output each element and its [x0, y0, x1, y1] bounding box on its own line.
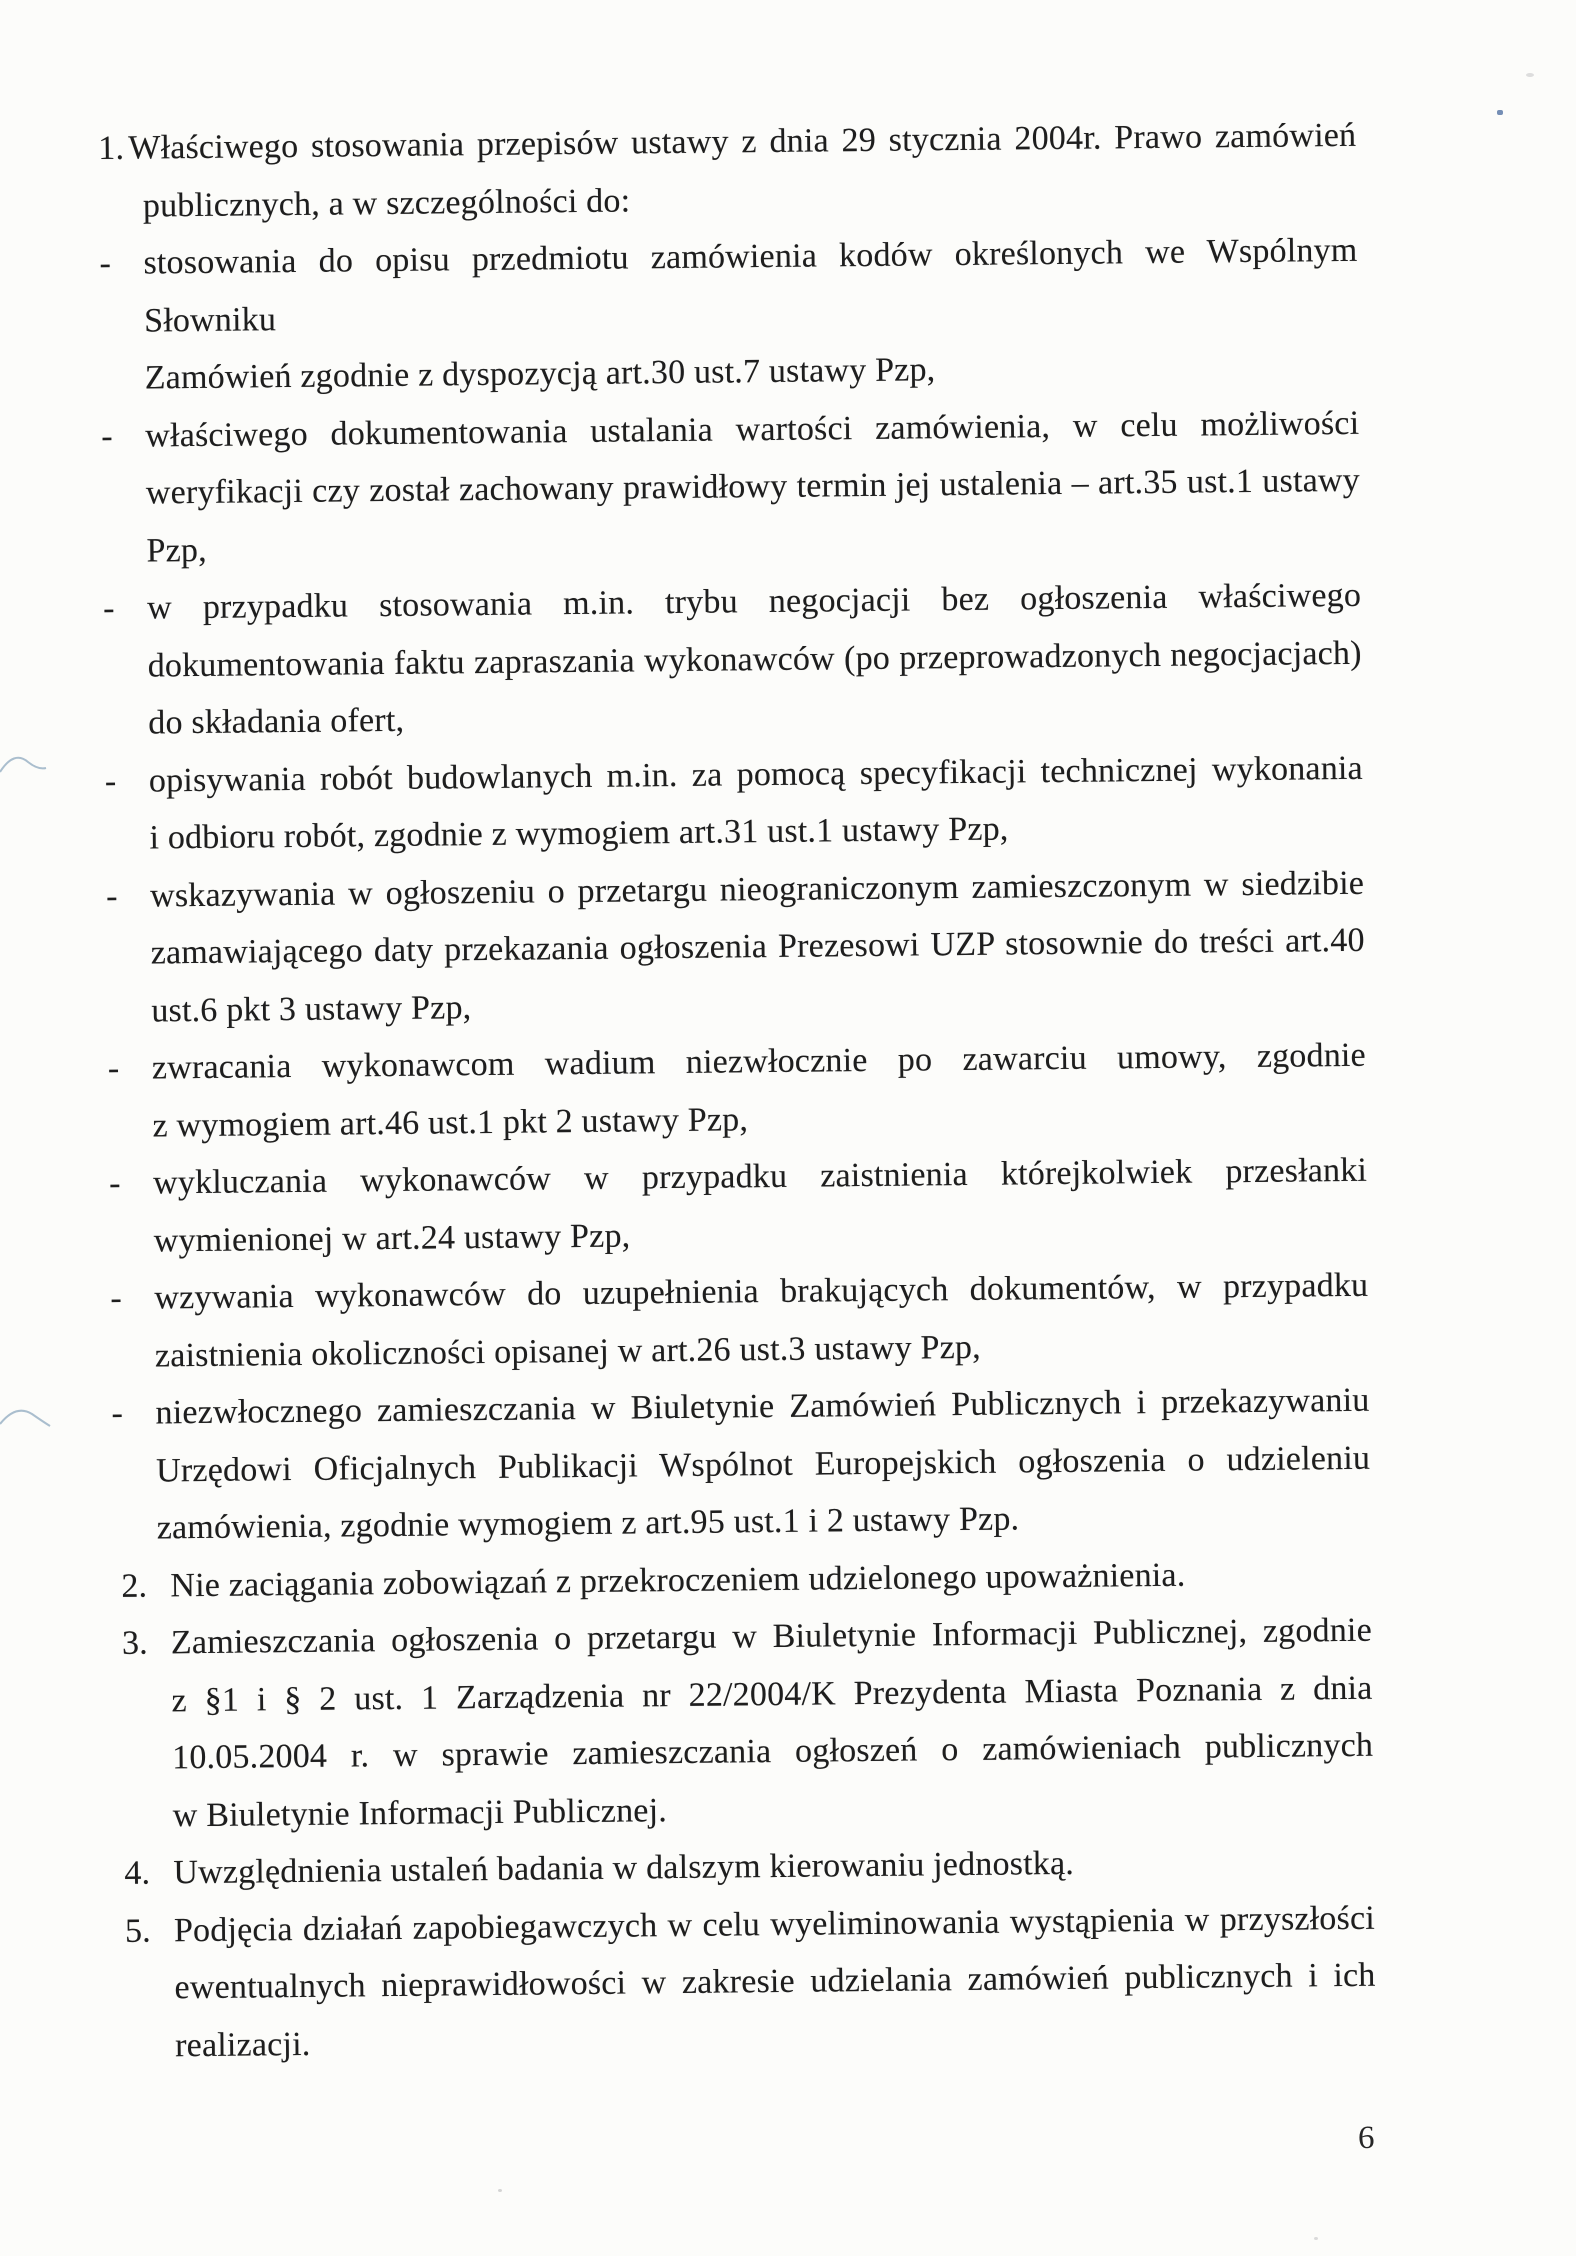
dash-bullet: -	[105, 752, 146, 810]
scan-dot-bottom-right	[1314, 2237, 1318, 2240]
item-text: niezwłocznego zamieszczania w Biuletynie…	[155, 1372, 1371, 1557]
dash-bullet: -	[99, 235, 140, 293]
item-number: 1.	[98, 120, 139, 178]
item-text: Podjęcia działań zapobiegawczych w celu …	[174, 1889, 1377, 2074]
dash-bullet: -	[110, 1270, 151, 1328]
item-number: 3.	[122, 1614, 163, 1672]
item-text: stosowania do opisu przedmiotu zamówieni…	[143, 222, 1359, 407]
item-text: wykluczania wykonawców w przypadku zaist…	[153, 1142, 1368, 1270]
dash-bullet: -	[109, 1155, 150, 1213]
item-text: zwracania wykonawcom wadium niezwłocznie…	[152, 1027, 1367, 1155]
document-body: 1.Właściwego stosowania przepisów ustawy…	[98, 107, 1376, 2075]
scan-arc-upper	[0, 758, 46, 772]
list-item-dash: -wykluczania wykonawców w przypadku zais…	[109, 1142, 1368, 1270]
scan-smudge-gray	[1526, 73, 1534, 77]
item-text: w przypadku stosowania m.in. trybu negoc…	[147, 567, 1363, 752]
dash-bullet: -	[106, 867, 147, 925]
scan-arc-lower	[0, 1411, 50, 1426]
list-item-dash: -wskazywania w ogłoszeniu o przetargu ni…	[106, 854, 1366, 1040]
text-line: stosowania do opisu przedmiotu zamówieni…	[143, 222, 1358, 350]
scanned-page: 1.Właściwego stosowania przepisów ustawy…	[0, 0, 1576, 2256]
list-item-dash: -właściwego dokumentowania ustalania war…	[101, 394, 1361, 580]
list-item-dash: -wzywania wykonawców do uzupełnienia bra…	[110, 1257, 1369, 1385]
list-item-5: 5.Podjęcia działań zapobiegawczych w cel…	[117, 1889, 1377, 2075]
list-item-3: 3.Zamieszczania ogłoszenia o przetargu w…	[114, 1602, 1374, 1845]
item-text: właściwego dokumentowania ustalania wart…	[145, 394, 1361, 579]
list-item-dash: -zwracania wykonawcom wadium niezwłoczni…	[108, 1027, 1367, 1155]
document-items: 1.Właściwego stosowania przepisów ustawy…	[98, 107, 1376, 2075]
item-number: 4.	[124, 1844, 165, 1902]
item-text: Właściwego stosowania przepisów ustawy z…	[142, 107, 1357, 235]
item-number: 2.	[121, 1557, 162, 1615]
scan-dot-bottom-center	[498, 2189, 502, 2192]
dash-bullet: -	[111, 1385, 152, 1443]
list-item-dash: -niezwłocznego zamieszczania w Biuletyni…	[111, 1372, 1371, 1558]
dash-bullet: -	[108, 1040, 149, 1098]
list-item-dash: -opisywania robót budowlanych m.in. za p…	[105, 739, 1364, 867]
list-item-1: 1.Właściwego stosowania przepisów ustawy…	[98, 107, 1357, 235]
dash-bullet: -	[103, 580, 144, 638]
page-number: 6	[1358, 2120, 1375, 2157]
item-text: Zamieszczania ogłoszenia o przetargu w B…	[171, 1602, 1374, 1845]
item-number: 5.	[125, 1902, 166, 1960]
item-text: opisywania robót budowlanych m.in. za po…	[149, 739, 1364, 867]
item-text: wskazywania w ogłoszeniu o przetargu nie…	[150, 854, 1366, 1039]
dash-bullet: -	[101, 407, 142, 465]
scan-speck-blue	[1497, 110, 1503, 115]
item-text: wzywania wykonawców do uzupełnienia brak…	[154, 1257, 1369, 1385]
list-item-dash: -stosowania do opisu przedmiotu zamówien…	[99, 222, 1359, 408]
list-item-dash: -w przypadku stosowania m.in. trybu nego…	[103, 567, 1363, 753]
